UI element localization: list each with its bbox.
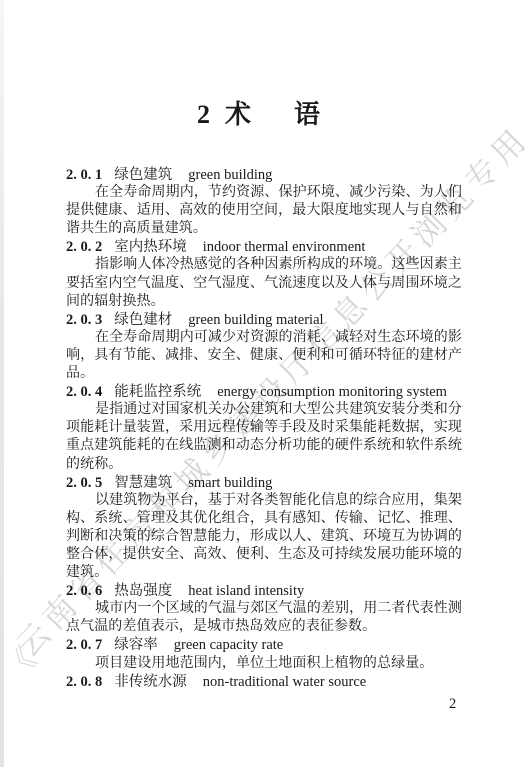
watermark-fragment: 《 xyxy=(0,636,44,688)
term-item: 2. 0. 4能耗监控系统energy consumption monitori… xyxy=(66,383,462,473)
term-number: 2. 0. 3 xyxy=(66,312,102,328)
term-item: 2. 0. 3绿色建材green building material 在全寿命周… xyxy=(66,311,462,383)
term-name-chinese: 智慧建筑 xyxy=(114,475,172,491)
term-name-english: green building xyxy=(188,167,272,183)
term-heading: 2. 0. 2室内热环境indoor thermal environment xyxy=(66,238,462,256)
term-number: 2. 0. 2 xyxy=(66,239,102,255)
term-name-chinese: 非传统水源 xyxy=(114,674,187,690)
term-heading: 2. 0. 3绿色建材green building material xyxy=(66,311,462,329)
term-definition: 以建筑物为平台，基于对各类智能化信息的综合应用，集架构、系统、管理及其优化组合，… xyxy=(66,492,462,582)
term-name-chinese: 绿色建筑 xyxy=(114,167,172,183)
term-number: 2. 0. 7 xyxy=(66,637,102,653)
term-name-english: indoor thermal environment xyxy=(203,239,366,255)
page-number: 2 xyxy=(449,696,456,713)
term-name-english: heat island intensity xyxy=(188,583,304,599)
term-name-english: green capacity rate xyxy=(174,637,283,653)
chapter-title: 2术语 xyxy=(197,99,320,131)
term-definition: 在全寿命周期内可减少对资源的消耗、减轻对生态环境的影响，具有节能、减排、安全、健… xyxy=(66,329,462,383)
term-item: 2. 0. 8非传统水源non-traditional water source xyxy=(66,673,462,691)
term-number: 2. 0. 5 xyxy=(66,475,102,491)
term-name-chinese: 室内热环境 xyxy=(114,239,187,255)
term-name-english: green building material xyxy=(188,312,323,328)
term-name-english: energy consumption monitoring system xyxy=(217,384,447,400)
term-name-english: non-traditional water source xyxy=(203,674,366,690)
term-heading: 2. 0. 4能耗监控系统energy consumption monitori… xyxy=(66,383,462,401)
term-definition: 指影响人体冷热感觉的各种因素所构成的环境。这些因素主要括室内空气温度、空气湿度、… xyxy=(66,256,462,310)
term-item: 2. 0. 7绿容率green capacity rate 项目建设用地范围内，… xyxy=(66,636,462,672)
chapter-title-word-2: 语 xyxy=(294,100,320,129)
term-name-chinese: 能耗监控系统 xyxy=(114,384,201,400)
term-number: 2. 0. 1 xyxy=(66,167,102,183)
term-name-chinese: 热岛强度 xyxy=(114,583,172,599)
term-heading: 2. 0. 8非传统水源non-traditional water source xyxy=(66,673,462,691)
document-page: { "colors": { "ink": "#1a1a1a", "waterma… xyxy=(0,0,528,767)
term-item: 2. 0. 5智慧建筑smart building 以建筑物为平台，基于对各类智… xyxy=(66,474,462,583)
term-name-chinese: 绿容率 xyxy=(114,637,158,653)
term-number: 2. 0. 6 xyxy=(66,583,102,599)
term-item: 2. 0. 1绿色建筑green building 在全寿命周期内，节约资源、保… xyxy=(66,166,462,238)
scan-edge-shadow xyxy=(0,0,4,767)
term-item: 2. 0. 6热岛强度heat island intensity 城市内一个区域… xyxy=(66,582,462,636)
term-definition: 项目建设用地范围内，单位土地面积上植物的总绿量。 xyxy=(66,655,462,673)
term-definition: 在全寿命周期内，节约资源、保护环境、减少污染、为人们提供健康、适用、高效的使用空… xyxy=(66,184,462,238)
term-heading: 2. 0. 6热岛强度heat island intensity xyxy=(66,582,462,600)
term-definition: 是指通过对国家机关办公建筑和大型公共建筑安装分类和分项能耗计量装置，采用远程传输… xyxy=(66,401,462,473)
term-name-chinese: 绿色建材 xyxy=(114,312,172,328)
term-item: 2. 0. 2室内热环境indoor thermal environment 指… xyxy=(66,238,462,310)
term-heading: 2. 0. 7绿容率green capacity rate xyxy=(66,636,462,654)
chapter-title-word-1: 术 xyxy=(225,100,251,129)
term-heading: 2. 0. 5智慧建筑smart building xyxy=(66,474,462,492)
term-name-english: smart building xyxy=(188,475,272,491)
term-heading: 2. 0. 1绿色建筑green building xyxy=(66,166,462,184)
term-number: 2. 0. 4 xyxy=(66,384,102,400)
term-number: 2. 0. 8 xyxy=(66,674,102,690)
term-definition: 城市内一个区域的气温与郊区气温的差别，用二者代表性测点气温的差值表示，是城市热岛… xyxy=(66,600,462,636)
chapter-number: 2 xyxy=(197,100,210,129)
terms-list: 2. 0. 1绿色建筑green building 在全寿命周期内，节约资源、保… xyxy=(66,166,462,691)
